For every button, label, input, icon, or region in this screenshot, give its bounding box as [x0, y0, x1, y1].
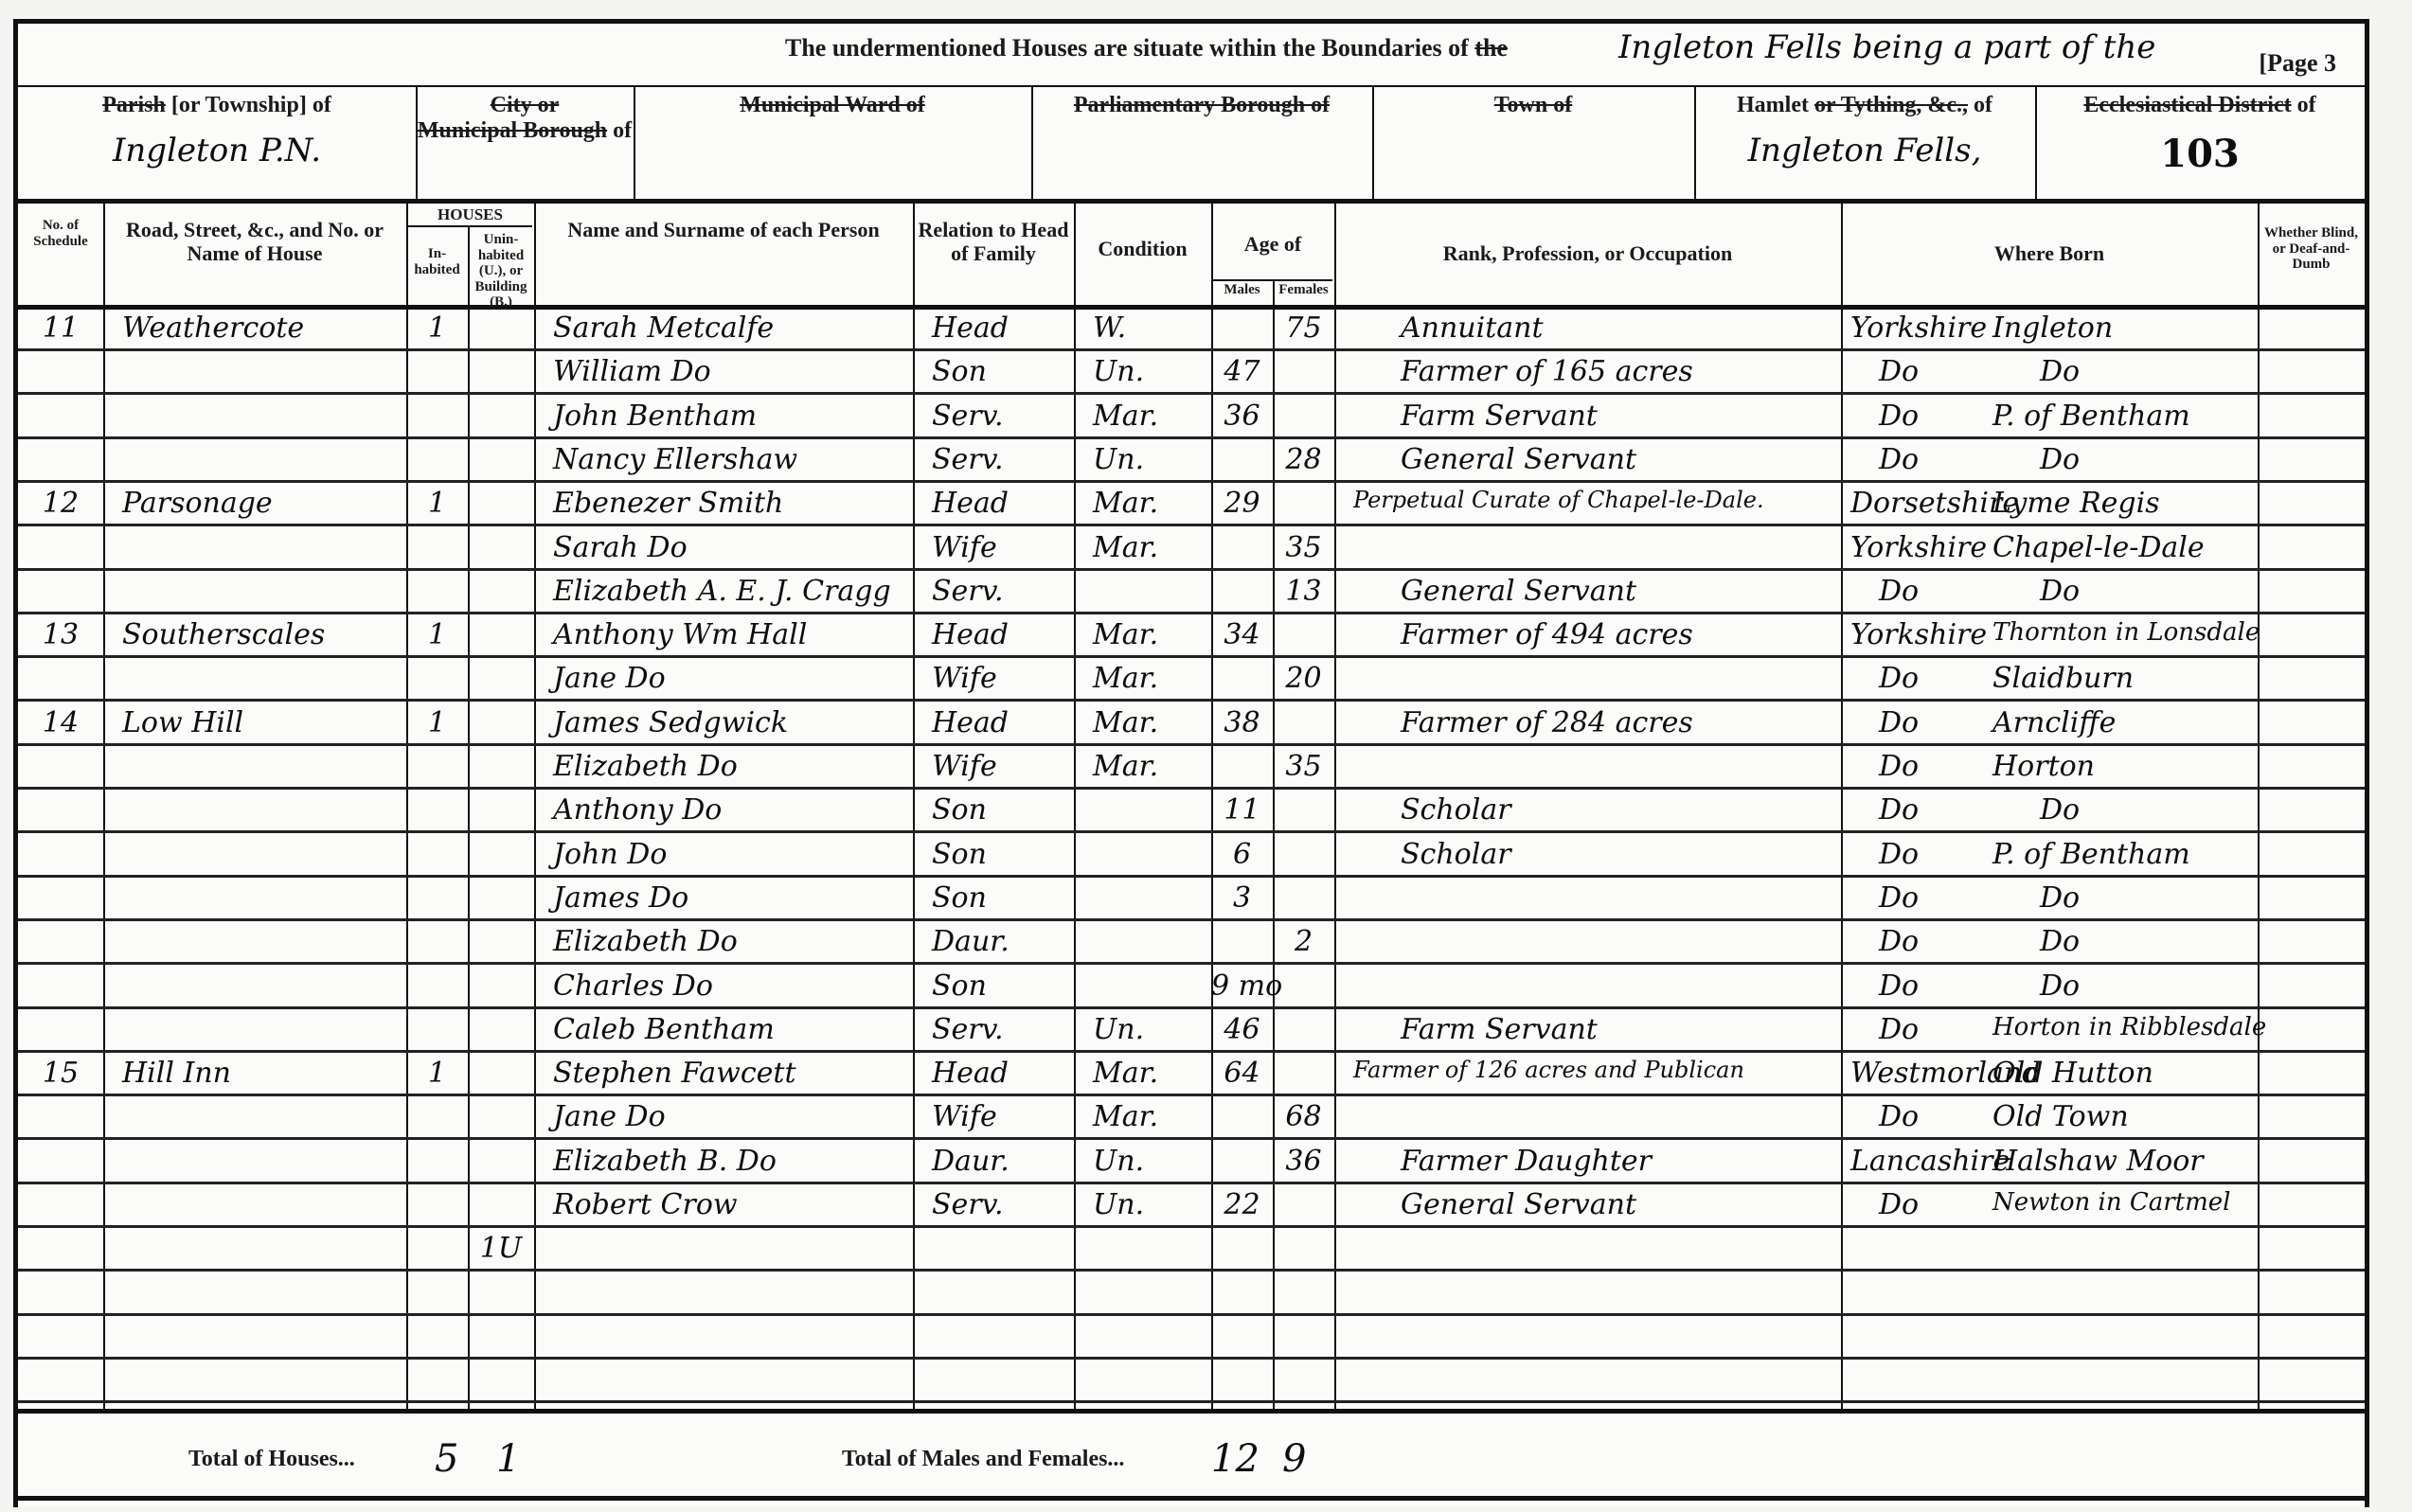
cell-born-place: Old Hutton — [1992, 1057, 2153, 1090]
cell-born-place: Ingleton — [1992, 311, 2113, 345]
cell-male-age: 36 — [1211, 400, 1273, 433]
cell-born-place: Do — [2040, 969, 2080, 1003]
cell-relation: Son — [932, 355, 987, 388]
cell-occupation: Scholar — [1401, 793, 1511, 827]
cell-born-place: Arncliffe — [1992, 706, 2116, 739]
cell-condition: Mar. — [1093, 531, 1158, 564]
cell-relation: Daur. — [932, 925, 1009, 958]
cell-street: Parsonage — [122, 487, 273, 520]
table-row: 1U — [18, 1228, 2365, 1272]
table-row: 15Hill Inn1Stephen FawcettHeadMar.64Farm… — [18, 1053, 2365, 1096]
cell-relation: Head — [932, 311, 1009, 345]
cell-relation: Wife — [932, 662, 997, 695]
cell-born-county: Yorkshire — [1850, 618, 1987, 651]
cell-occupation: Farmer of 165 acres — [1401, 355, 1693, 388]
cell-born-place: P. of Bentham — [1992, 838, 2190, 871]
title-row: The undermentioned Houses are situate wi… — [18, 19, 2365, 87]
page-number: [Page 3 — [2259, 49, 2336, 78]
location-field: Parish [or Township] ofIngleton P.N. — [18, 93, 416, 202]
table-row: John BenthamServ.Mar.36Farm ServantDoP. … — [18, 396, 2365, 439]
cell-male-age: 38 — [1211, 706, 1273, 739]
table-row: James DoSon3DoDo — [18, 878, 2365, 921]
location-field: Ecclesiastical District of103 — [2035, 93, 2365, 202]
location-field-label: Municipal Ward of — [634, 93, 1031, 118]
cell-relation: Wife — [932, 531, 997, 564]
cell-relation: Head — [932, 1057, 1009, 1090]
table-row: Elizabeth DoDaur.2DoDo — [18, 921, 2365, 965]
cell-male-age: 22 — [1211, 1188, 1273, 1221]
cell-occupation: Perpetual Curate of Chapel-le-Dale. — [1353, 487, 1764, 513]
rule — [408, 225, 532, 227]
cell-born-place: Do — [2040, 575, 2080, 608]
cell-female-age: 20 — [1273, 662, 1334, 695]
cell-born-place: Do — [2040, 881, 2080, 915]
cell-born-place: Thornton in Lonsdale — [1992, 618, 2260, 647]
cell-female-age: 68 — [1273, 1100, 1334, 1133]
cell-female-age: 36 — [1273, 1145, 1334, 1178]
table-row: Jane DoWifeMar.20DoSlaidburn — [18, 658, 2365, 702]
cell-born-county: Yorkshire — [1850, 531, 1987, 564]
location-field-label: Hamlet or Tything, &c., of — [1694, 93, 2035, 118]
cell-relation: Son — [932, 881, 987, 915]
table-row: 13Southerscales1Anthony Wm HallHeadMar.3… — [18, 614, 2365, 658]
location-field: Town of — [1372, 93, 1694, 202]
location-field-value: Ingleton P.N. — [18, 132, 416, 169]
cell-born-county: Do — [1879, 838, 1919, 871]
location-field: Hamlet or Tything, &c., ofIngleton Fells… — [1694, 93, 2035, 202]
cell-condition: Mar. — [1093, 1057, 1158, 1090]
table-row: Elizabeth B. DoDaur.Un.36Farmer Daughter… — [18, 1141, 2365, 1184]
cell-relation: Wife — [932, 750, 997, 783]
cell-schedule: 15 — [18, 1057, 103, 1090]
total-males: 12 — [1211, 1437, 1260, 1481]
column-header-relation: Relation to Head of Family — [913, 218, 1074, 317]
cell-born-place: Do — [2040, 355, 2080, 388]
total-persons-label: Total of Males and Females... — [842, 1447, 1124, 1472]
cell-street: Hill Inn — [122, 1057, 231, 1090]
location-field-value: Ingleton Fells, — [1694, 132, 2035, 169]
cell-born-county: Do — [1879, 706, 1919, 739]
cell-relation: Head — [932, 706, 1009, 739]
cell-relation: Son — [932, 838, 987, 871]
cell-name: Charles Do — [553, 969, 713, 1003]
location-field: City orMunicipal Borough of — [416, 93, 634, 202]
cell-female-age: 75 — [1273, 311, 1334, 345]
cell-born-county: Do — [1879, 793, 1919, 827]
column-divider — [416, 87, 418, 199]
cell-born-county: Yorkshire — [1850, 311, 1987, 345]
title-handwritten: Ingleton Fells being a part of the — [1618, 28, 2155, 66]
location-field-label: City orMunicipal Borough of — [416, 93, 634, 144]
location-field: Parliamentary Borough of — [1031, 93, 1372, 202]
cell-inhabited: 1 — [406, 311, 468, 345]
cell-condition: Un. — [1093, 443, 1144, 476]
column-divider — [2035, 87, 2037, 199]
column-divider — [1372, 87, 1374, 199]
cell-born-place: Newton in Cartmel — [1992, 1188, 2230, 1217]
table-row: Charles DoSon9 moDoDo — [18, 966, 2365, 1009]
total-females: 9 — [1282, 1437, 1306, 1481]
column-header-houses: HOUSES — [406, 206, 534, 306]
table-row: Robert CrowServ.Un.22General ServantDoNe… — [18, 1184, 2365, 1228]
cell-female-age: 35 — [1273, 750, 1334, 783]
cell-female-age: 13 — [1273, 575, 1334, 608]
cell-name: Elizabeth Do — [553, 925, 738, 958]
cell-occupation: Farmer of 494 acres — [1401, 618, 1693, 651]
cell-condition: Mar. — [1093, 706, 1158, 739]
column-header-name: Name and Surname of each Person — [534, 218, 913, 317]
cell-relation: Serv. — [932, 1188, 1004, 1221]
table-row: William DoSonUn.47Farmer of 165 acresDoD… — [18, 351, 2365, 395]
table-row: Elizabeth DoWifeMar.35DoHorton — [18, 746, 2365, 790]
totals-row: Total of Houses... 5 1 Total of Males an… — [18, 1411, 2365, 1505]
cell-name: John Do — [553, 838, 667, 871]
cell-born-county: Do — [1879, 969, 1919, 1003]
rule — [18, 1496, 2365, 1501]
table-row: Anthony DoSon11ScholarDoDo — [18, 790, 2365, 833]
cell-name: Nancy Ellershaw — [553, 443, 797, 476]
total-inhabited: 5 — [435, 1437, 458, 1481]
cell-name: Elizabeth Do — [553, 750, 738, 783]
cell-occupation: Scholar — [1401, 838, 1511, 871]
cell-name: Elizabeth B. Do — [553, 1145, 777, 1178]
cell-condition: W. — [1093, 311, 1126, 345]
cell-uninhabited: 1U — [468, 1232, 534, 1265]
cell-relation: Serv. — [932, 443, 1004, 476]
cell-condition: Mar. — [1093, 618, 1158, 651]
rule — [18, 85, 2365, 87]
cell-relation: Head — [932, 618, 1009, 651]
location-field-value: 103 — [2035, 132, 2365, 176]
cell-born-county: Do — [1879, 1100, 1919, 1133]
location-field-label: Town of — [1372, 93, 1694, 118]
cell-relation: Daur. — [932, 1145, 1009, 1178]
cell-condition: Un. — [1093, 1188, 1144, 1221]
column-header-schedule: No. of Schedule — [18, 218, 103, 317]
cell-female-age: 35 — [1273, 531, 1334, 564]
cell-inhabited: 1 — [406, 1057, 468, 1090]
cell-born-place: Do — [2040, 443, 2080, 476]
column-header-street: Road, Street, &c., and No. or Name of Ho… — [103, 218, 406, 317]
cell-inhabited: 1 — [406, 487, 468, 520]
cell-name: Anthony Wm Hall — [553, 618, 807, 651]
cell-born-county: Do — [1879, 355, 1919, 388]
cell-name: Stephen Fawcett — [553, 1057, 796, 1090]
cell-relation: Wife — [932, 1100, 997, 1133]
cell-relation: Serv. — [932, 400, 1004, 433]
table-row: Elizabeth A. E. J. CraggServ.13General S… — [18, 571, 2365, 614]
cell-inhabited: 1 — [406, 706, 468, 739]
cell-name: Elizabeth A. E. J. Cragg — [553, 575, 891, 608]
cell-born-county: Do — [1879, 1188, 1919, 1221]
cell-male-age: 9 mo — [1211, 969, 1273, 1003]
row-rule — [18, 1400, 2365, 1403]
cell-name: James Do — [553, 881, 688, 915]
cell-condition: Mar. — [1093, 487, 1158, 520]
cell-street: Southerscales — [122, 618, 325, 651]
cell-name: Sarah Do — [553, 531, 688, 564]
column-divider — [1694, 87, 1696, 199]
cell-occupation: Farmer of 284 acres — [1401, 706, 1693, 739]
cell-relation: Serv. — [932, 1013, 1004, 1046]
cell-name: Sarah Metcalfe — [553, 311, 774, 345]
table-row — [18, 1316, 2365, 1360]
cell-condition: Mar. — [1093, 400, 1158, 433]
cell-inhabited: 1 — [406, 618, 468, 651]
census-page: The undermentioned Houses are situate wi… — [13, 19, 2369, 1507]
cell-name: Robert Crow — [553, 1188, 738, 1221]
cell-condition: Mar. — [1093, 1100, 1158, 1133]
total-houses-label: Total of Houses... — [188, 1447, 355, 1472]
cell-female-age: 2 — [1273, 925, 1334, 958]
cell-schedule: 13 — [18, 618, 103, 651]
column-divider — [634, 87, 635, 199]
cell-born-county: Do — [1879, 575, 1919, 608]
cell-name: John Bentham — [553, 400, 757, 433]
column-divider — [1031, 87, 1033, 199]
cell-male-age: 6 — [1211, 838, 1273, 871]
table-row — [18, 1272, 2365, 1316]
cell-name: Ebenezer Smith — [553, 487, 783, 520]
cell-born-county: Do — [1879, 750, 1919, 783]
cell-name: William Do — [553, 355, 711, 388]
cell-name: Anthony Do — [553, 793, 722, 827]
cell-name: Jane Do — [553, 662, 666, 695]
table-row — [18, 1360, 2365, 1403]
cell-male-age: 34 — [1211, 618, 1273, 651]
cell-male-age: 46 — [1211, 1013, 1273, 1046]
location-field-label: Parish [or Township] of — [18, 93, 416, 118]
location-field-label: Parliamentary Borough of — [1031, 93, 1372, 118]
rule — [18, 199, 2365, 204]
cell-relation: Serv. — [932, 575, 1004, 608]
cell-condition: Un. — [1093, 1145, 1144, 1178]
cell-born-place: Do — [2040, 793, 2080, 827]
cell-occupation: General Servant — [1401, 1188, 1636, 1221]
cell-occupation: General Servant — [1401, 443, 1636, 476]
cell-born-place: Old Town — [1992, 1100, 2129, 1133]
cell-born-county: Do — [1879, 443, 1919, 476]
cell-occupation: Farmer Daughter — [1401, 1145, 1652, 1178]
cell-born-place: Do — [2040, 925, 2080, 958]
cell-occupation: Farm Servant — [1401, 1013, 1598, 1046]
cell-born-place: Chapel-le-Dale — [1992, 531, 2205, 564]
cell-street: Weathercote — [122, 311, 304, 345]
location-field-label: Ecclesiastical District of — [2035, 93, 2365, 118]
cell-occupation: General Servant — [1401, 575, 1636, 608]
cell-born-place: Horton — [1992, 750, 2095, 783]
cell-condition: Mar. — [1093, 662, 1158, 695]
cell-male-age: 29 — [1211, 487, 1273, 520]
table-row: Jane DoWifeMar.68DoOld Town — [18, 1096, 2365, 1140]
cell-schedule: 11 — [18, 311, 103, 345]
cell-male-age: 3 — [1211, 881, 1273, 915]
table-row: Sarah DoWifeMar.35YorkshireChapel-le-Dal… — [18, 527, 2365, 571]
cell-relation: Son — [932, 793, 987, 827]
cell-occupation: Farmer of 126 acres and Publican — [1353, 1057, 1744, 1083]
cell-condition: Un. — [1093, 355, 1144, 388]
cell-female-age: 28 — [1273, 443, 1334, 476]
cell-relation: Head — [932, 487, 1009, 520]
table-row: Caleb BenthamServ.Un.46Farm ServantDoHor… — [18, 1009, 2365, 1053]
title-printed: The undermentioned Houses are situate wi… — [785, 34, 1508, 62]
cell-born-county: Do — [1879, 925, 1919, 958]
table-row: 12Parsonage1Ebenezer SmithHeadMar.29Perp… — [18, 483, 2365, 526]
cell-street: Low Hill — [122, 706, 243, 739]
cell-name: James Sedgwick — [553, 706, 788, 739]
cell-born-county: Do — [1879, 662, 1919, 695]
cell-name: Caleb Bentham — [553, 1013, 775, 1046]
cell-born-place: Horton in Ribblesdale — [1992, 1013, 2266, 1041]
table-row: 11Weathercote1Sarah MetcalfeHeadW.75Annu… — [18, 308, 2365, 351]
cell-born-county: Do — [1879, 400, 1919, 433]
table-row: 14Low Hill1James SedgwickHeadMar.38Farme… — [18, 703, 2365, 746]
cell-name: Jane Do — [553, 1100, 666, 1133]
cell-schedule: 12 — [18, 487, 103, 520]
cell-born-place: Halshaw Moor — [1992, 1145, 2204, 1178]
cell-male-age: 64 — [1211, 1057, 1273, 1090]
cell-born-place: Slaidburn — [1992, 662, 2134, 695]
cell-born-county: Do — [1879, 881, 1919, 915]
cell-male-age: 47 — [1211, 355, 1273, 388]
cell-relation: Son — [932, 969, 987, 1003]
cell-condition: Mar. — [1093, 750, 1158, 783]
table-row: Nancy EllershawServ.Un.28General Servant… — [18, 439, 2365, 483]
cell-occupation: Annuitant — [1401, 311, 1544, 345]
cell-born-county: Lancashire — [1850, 1145, 2010, 1178]
table-row: John DoSon6ScholarDoP. of Bentham — [18, 834, 2365, 878]
cell-born-county: Do — [1879, 1013, 1919, 1046]
cell-born-place: Lyme Regis — [1992, 487, 2160, 520]
cell-occupation: Farm Servant — [1401, 400, 1598, 433]
cell-schedule: 14 — [18, 706, 103, 739]
location-field: Municipal Ward of — [634, 93, 1031, 202]
total-uninhabited: 1 — [496, 1437, 520, 1481]
cell-born-place: P. of Bentham — [1992, 400, 2190, 433]
cell-male-age: 11 — [1211, 793, 1273, 827]
cell-condition: Un. — [1093, 1013, 1144, 1046]
